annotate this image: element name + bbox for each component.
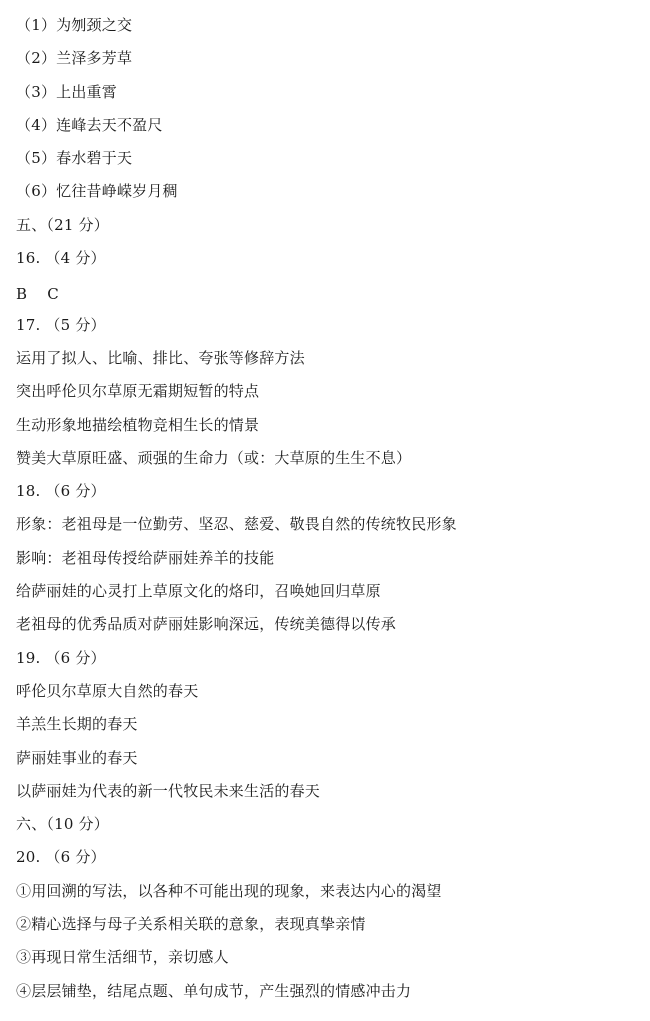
item-text: 连峰去天不盈尺 <box>56 116 162 134</box>
q18-line-1: 形象：老祖母是一位勤劳、坚忍、慈爱、敬畏自然的传统牧民形象 <box>16 512 636 545</box>
q19-line-1: 呼伦贝尔草原大自然的春天 <box>16 679 636 712</box>
q20-line-3: ③再现日常生活细节，亲切感人 <box>16 945 636 978</box>
item-number: （2） <box>16 49 56 67</box>
q16-heading: 16. （4 分） <box>16 246 636 279</box>
q16-answers: BC <box>16 279 636 312</box>
q17-line-3: 生动形象地描绘植物竞相生长的情景 <box>16 413 636 446</box>
section-6-heading: 六、（10 分） <box>16 812 636 845</box>
q16-answer-2: C <box>47 285 59 303</box>
q20-heading: 20. （6 分） <box>16 845 636 878</box>
item-text: 上出重霄 <box>56 83 117 101</box>
q18-line-3: 给萨丽娃的心灵打上草原文化的烙印，召唤她回归草原 <box>16 579 636 612</box>
fill-blank-item-1: （1）为刎颈之交 <box>16 13 636 46</box>
item-number: （4） <box>16 116 56 134</box>
fill-blank-item-5: （5）春水碧于天 <box>16 146 636 179</box>
q17-heading: 17. （5 分） <box>16 313 636 346</box>
item-text: 为刎颈之交 <box>56 16 132 34</box>
q19-line-3: 萨丽娃事业的春天 <box>16 746 636 779</box>
q20-line-1: ①用回溯的写法，以各种不可能出现的现象，来表达内心的渴望 <box>16 879 636 912</box>
item-number: （3） <box>16 83 56 101</box>
item-number: （6） <box>16 182 56 200</box>
item-text: 忆往昔峥嵘岁月稠 <box>56 182 178 200</box>
item-number: （1） <box>16 16 56 34</box>
item-text: 兰泽多芳草 <box>56 49 132 67</box>
q17-line-4: 赞美大草原旺盛、顽强的生命力（或：大草原的生生不息） <box>16 446 636 479</box>
q19-heading: 19. （6 分） <box>16 646 636 679</box>
q19-line-2: 羊羔生长期的春天 <box>16 712 636 745</box>
q17-line-2: 突出呼伦贝尔草原无霜期短暂的特点 <box>16 379 636 412</box>
fill-blank-item-6: （6）忆往昔峥嵘岁月稠 <box>16 179 636 212</box>
item-text: 春水碧于天 <box>56 149 132 167</box>
item-number: （5） <box>16 149 56 167</box>
q20-line-2: ②精心选择与母子关系相关联的意象，表现真挚亲情 <box>16 912 636 945</box>
q18-line-4: 老祖母的优秀品质对萨丽娃影响深远，传统美德得以传承 <box>16 612 636 645</box>
q18-line-2: 影响：老祖母传授给萨丽娃养羊的技能 <box>16 546 636 579</box>
fill-blank-item-2: （2）兰泽多芳草 <box>16 46 636 79</box>
fill-blank-item-3: （3）上出重霄 <box>16 80 636 113</box>
q20-line-4: ④层层铺垫，结尾点题、单句成节，产生强烈的情感冲击力 <box>16 979 636 1012</box>
q16-answer-1: B <box>16 285 27 303</box>
fill-blank-item-4: （4）连峰去天不盈尺 <box>16 113 636 146</box>
q17-line-1: 运用了拟人、比喻、排比、夸张等修辞方法 <box>16 346 636 379</box>
section-5-heading: 五、（21 分） <box>16 213 636 246</box>
q19-line-4: 以萨丽娃为代表的新一代牧民未来生活的春天 <box>16 779 636 812</box>
answer-document: （1）为刎颈之交 （2）兰泽多芳草 （3）上出重霄 （4）连峰去天不盈尺 （5）… <box>16 13 636 1012</box>
q18-heading: 18. （6 分） <box>16 479 636 512</box>
